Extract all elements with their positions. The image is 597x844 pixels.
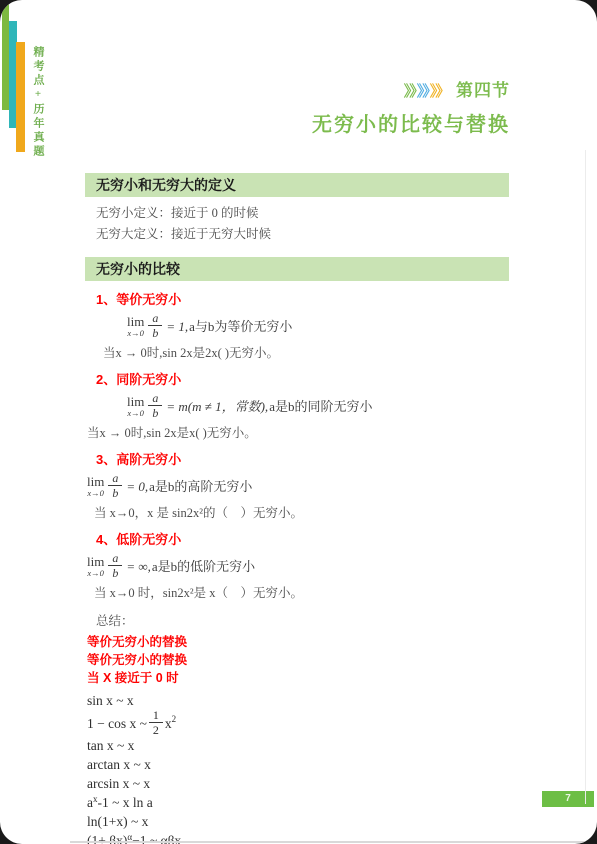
example-line: 当 x→0 时，sin2x²是 x（ ）无穷小。 (85, 585, 509, 601)
page-number-badge: 7 (542, 791, 594, 807)
limit-operator: lim x→0 (87, 475, 104, 498)
equivalence-row: ln(1+x) ~ x (87, 812, 509, 831)
note-line: 当 X 接近于 0 时 (85, 669, 509, 687)
formula-rhs: = 1, (166, 320, 188, 333)
example-line: 当x → 0时,sin 2x是2x( )无穷小。 (85, 345, 509, 361)
limit-subscript: x→0 (87, 489, 104, 498)
formula-rhs: = 0, (126, 480, 148, 493)
limit-formula: lim x→0 a b = 0, a是b的高阶无穷小 (85, 473, 509, 499)
formula-tail: a是b的同阶无穷小 (269, 400, 372, 413)
limit-operator: lim x→0 (127, 395, 144, 418)
page-title: 无穷小的比较与替换 (312, 113, 510, 137)
limit-subscript: x→0 (87, 569, 104, 578)
definition-block: 无穷小定义：接近于 0 的时候 无穷大定义：接近于无穷大时候 (85, 203, 509, 245)
section-label-line: 》》》》》》 第四节 (312, 80, 510, 103)
formula-rhs: = ∞, (126, 560, 151, 573)
note-line: 等价无穷小的替换 (85, 651, 509, 669)
sidebar-yellow-bar (16, 42, 25, 152)
comparison-item: 2、同阶无穷小 lim x→0 a b = m(m ≠ 1，常数), a是b的同… (85, 371, 509, 441)
definition-line: 无穷小定义：接近于 0 的时候 (85, 203, 509, 224)
equivalence-row: ax-1 ~ x ln a (87, 793, 509, 812)
sidebar-label: 精考点+历年真题 (30, 46, 46, 176)
comparison-item: 4、低阶无穷小 lim x→0 a b = ∞, a是b的低阶无穷小 当 x→0… (85, 531, 509, 601)
page-edge-line (585, 150, 586, 804)
subsection-title: 2、同阶无穷小 (85, 371, 509, 389)
document-page: 精考点+历年真题 》》》》》》 第四节 无穷小的比较与替换 无穷小和无穷大的定义… (0, 0, 597, 844)
section-label: 第四节 (456, 81, 510, 100)
formula-rhs: = m(m ≠ 1，常数), (166, 400, 268, 413)
equivalence-row: arcsin x ~ x (87, 774, 509, 793)
limit-formula: lim x→0 a b = ∞, a是b的低阶无穷小 (85, 553, 509, 579)
limit-formula: lim x→0 a b = m(m ≠ 1，常数), a是b的同阶无穷小 (85, 393, 509, 419)
subsection-title: 3、高阶无穷小 (85, 451, 509, 469)
comparison-item: 1、等价无穷小 lim x→0 a b = 1, a与b为等价无穷小 当x → … (85, 291, 509, 361)
note-line: 等价无穷小的替换 (85, 633, 509, 651)
formula-tail: a是b的低阶无穷小 (152, 560, 255, 573)
example-line: 当 x→0，x 是 sin2x²的（ ）无穷小。 (85, 505, 509, 521)
section-heading-definitions: 无穷小和无穷大的定义 (85, 173, 509, 197)
fraction: a b (148, 393, 162, 419)
equivalence-row: tan x ~ x (87, 736, 509, 755)
comparison-item: 3、高阶无穷小 lim x→0 a b = 0, a是b的高阶无穷小 当 x→0… (85, 451, 509, 521)
fraction: a b (148, 313, 162, 339)
formula-tail: a与b为等价无穷小 (189, 320, 292, 333)
equivalence-row: 1 − cos x ~ 12x2 (87, 710, 509, 736)
limit-subscript: x→0 (127, 409, 144, 418)
content-column: 无穷小和无穷大的定义 无穷小定义：接近于 0 的时候 无穷大定义：接近于无穷大时… (85, 173, 509, 844)
equivalence-list: sin x ~ x1 − cos x ~ 12x2tan x ~ xarctan… (85, 691, 509, 844)
fraction: a b (108, 473, 122, 499)
example-line: 当x → 0时,sin 2x是x( )无穷小。 (85, 425, 509, 441)
fraction: a b (108, 553, 122, 579)
chevron-icon: 》》 (404, 83, 415, 100)
formula-tail: a是b的高阶无穷小 (149, 480, 252, 493)
equivalence-row: arctan x ~ x (87, 755, 509, 774)
red-notes: 等价无穷小的替换 等价无穷小的替换 当 X 接近于 0 时 (85, 633, 509, 687)
chapter-header: 》》》》》》 第四节 无穷小的比较与替换 (312, 80, 510, 137)
limit-operator: lim x→0 (87, 555, 104, 578)
definition-line: 无穷大定义：接近于无穷大时候 (85, 224, 509, 245)
summary-label: 总结： (85, 611, 509, 629)
chevron-icon: 》》 (417, 83, 428, 100)
limit-formula: lim x→0 a b = 1, a与b为等价无穷小 (85, 313, 509, 339)
subsection-title: 4、低阶无穷小 (85, 531, 509, 549)
fraction: 12 (149, 710, 163, 736)
limit-subscript: x→0 (127, 329, 144, 338)
sidebar-green-bar (2, 4, 9, 110)
page-edge-line (70, 841, 597, 843)
chevron-icon: 》》 (430, 83, 449, 100)
subsection-title: 1、等价无穷小 (85, 291, 509, 309)
section-heading-comparison: 无穷小的比较 (85, 257, 509, 281)
limit-operator: lim x→0 (127, 315, 144, 338)
equivalence-row: sin x ~ x (87, 691, 509, 710)
